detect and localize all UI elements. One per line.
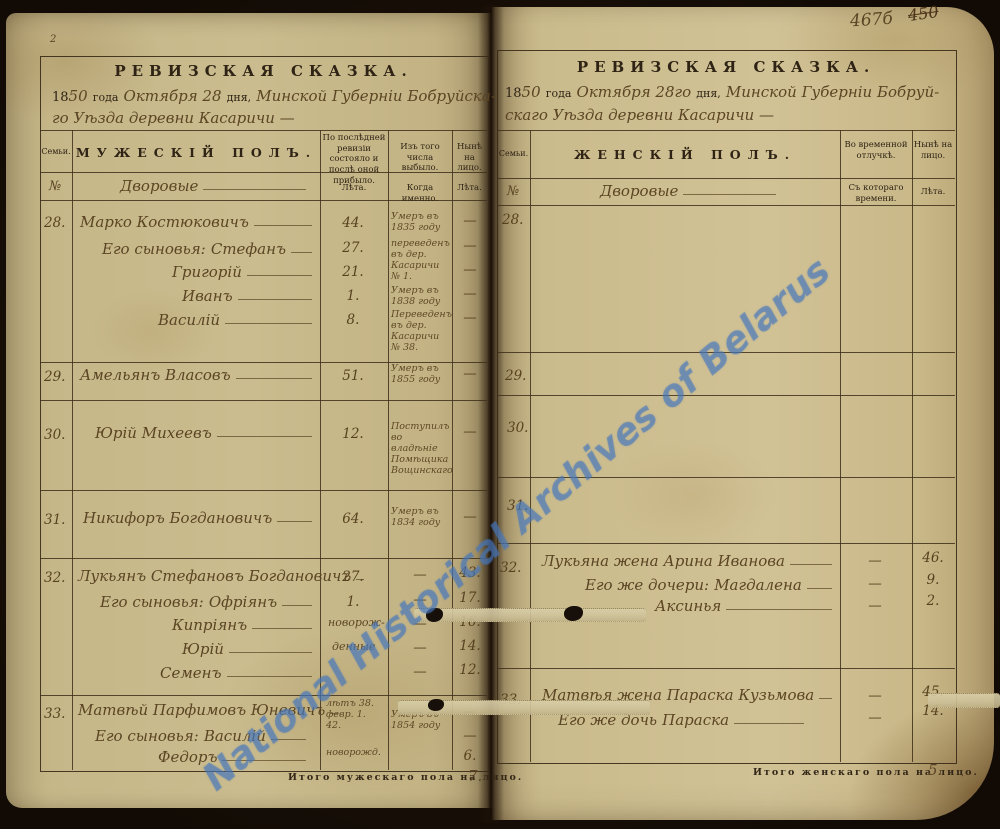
person-name: Юрій (182, 640, 224, 658)
table-line (497, 668, 955, 669)
right-col-family: Семьи. (498, 149, 529, 158)
leave-dash: — (392, 664, 448, 680)
person-name: Лукьянъ Стефановъ Богдановичъ (78, 567, 351, 585)
now-age: 9. (916, 572, 950, 588)
leave-dash: — (392, 592, 448, 608)
now-age: — (455, 366, 485, 382)
rule (790, 564, 832, 565)
printed-goda: года (93, 91, 119, 104)
person-line: Амельянъ Власовъ (80, 366, 316, 384)
age-prev: 12. (322, 426, 384, 442)
now-age: 2. (916, 593, 950, 609)
age-prev: 1. (322, 594, 384, 610)
now-age: — (455, 310, 485, 326)
hand-province: Минской Губерніи Бобруйска- (256, 87, 496, 105)
rule (282, 605, 312, 606)
family-number: 32. (500, 560, 521, 576)
table-line (72, 130, 73, 770)
family-number: 31. (507, 498, 528, 514)
leave-dash: — (392, 640, 448, 656)
right-col4-header: Нынѣ на лицо. (913, 140, 953, 161)
rule (247, 275, 312, 276)
repair-tape (414, 608, 646, 622)
left-col3-header: По послѣдней ревизіи состояло и послѣ он… (322, 133, 386, 186)
folio-number: 467б (849, 9, 893, 32)
rule (225, 323, 312, 324)
rule (291, 252, 312, 253)
left-total-value: 7. (468, 767, 482, 785)
kin-prefix: Его сыновья: (95, 727, 199, 745)
leave-dash: — (845, 598, 905, 614)
flourish-line (203, 189, 306, 190)
departure-note: Умеръ въ 1834 году (391, 507, 449, 529)
now-age: — (455, 262, 485, 278)
age-prev: 27. (322, 240, 384, 256)
leave-dash: — (845, 553, 905, 569)
leave-dash: — (845, 710, 905, 726)
table-line (40, 490, 487, 491)
family-number: 29. (505, 368, 526, 384)
table-line (497, 130, 955, 131)
corner-mark: 2 (50, 34, 56, 45)
person-line: Лукьяна жена Арина Иванова (542, 552, 836, 570)
rule (238, 299, 312, 300)
left-date-line: 1850 года Октября 28 дня, Минской Губерн… (52, 86, 482, 105)
person-name: Кипріянъ (172, 616, 247, 634)
hand-date: Октября 28го (577, 83, 692, 101)
rule (271, 739, 306, 740)
printed-goda: года (546, 87, 572, 100)
person-line: Его сыновья: Стефанъ (102, 239, 316, 258)
hand-year: 50 (69, 87, 88, 105)
right-date-line: 1850 года Октября 28го дня, Минской Губе… (505, 82, 950, 101)
table-line (497, 543, 955, 544)
kin-prefix: Его же дочери: (585, 576, 709, 594)
archival-document-scan: РЕВИЗСКАЯ СКАЗКА. 1850 года Октября 28 д… (0, 0, 1000, 829)
person-name: Юрій Михеевъ (95, 424, 212, 442)
left-number-sign: № (49, 179, 61, 194)
person-line: Аксинья (655, 597, 836, 615)
age-prev: 27. (322, 569, 384, 585)
right-category-line: Дворовые (600, 182, 780, 200)
person-name: Лукьяна жена Арина Иванова (542, 552, 785, 570)
leave-dash: — (845, 688, 905, 704)
kin-prefix: Его сыновья: (100, 593, 204, 611)
now-age: 43. (455, 565, 485, 581)
rule (222, 760, 306, 761)
rule (252, 628, 312, 629)
right-col3-header: Во временной отлучкѣ. (843, 140, 909, 161)
now-age: — (455, 286, 485, 302)
person-name: Федоръ (158, 748, 217, 766)
table-line (497, 395, 955, 396)
right-place-line: скаго Уѣзда деревни Касаричи — (505, 106, 774, 124)
now-age: — (455, 728, 485, 744)
departure-note: Умеръ въ 1855 году (391, 364, 449, 386)
flourish-line (683, 194, 776, 195)
rule (227, 676, 312, 677)
age-prev: 21. (322, 264, 384, 280)
person-line: Василій (158, 311, 316, 329)
age-prev: 1. (322, 288, 384, 304)
family-number: 28. (44, 215, 65, 231)
rule (819, 698, 832, 699)
table-line (497, 178, 955, 179)
person-line: Матвѣй Парфимовъ Юневичъ (78, 701, 318, 719)
departure-note: переведенъ въ дер. Касаричи № 1. (391, 239, 449, 283)
right-since-header: Съ котораго времени. (843, 183, 909, 204)
person-name: Параска (662, 711, 729, 729)
person-line: Его сыновья: Василій (95, 726, 310, 745)
person-line: Лукьянъ Стефановъ Богдановичъ (78, 567, 316, 585)
left-col-family: Семьи. (41, 147, 71, 156)
family-number: 30. (44, 427, 65, 443)
age-prev: 64. (322, 511, 384, 527)
family-number: 33. (44, 706, 65, 722)
family-number: 28. (502, 212, 523, 228)
person-line: Кипріянъ (172, 616, 316, 634)
departure-note: Умеръ въ 1835 году (391, 212, 449, 234)
table-line (388, 130, 389, 770)
table-line (40, 400, 487, 401)
age-prev: 44. (322, 215, 384, 231)
hand-date: Октября 28 (124, 87, 222, 105)
repair-tape (928, 693, 1000, 708)
table-line (497, 205, 955, 206)
person-line: Никифоръ Богдановичъ (83, 509, 316, 527)
right-leta-header: Лѣта. (913, 187, 953, 198)
person-name: Василій (204, 727, 266, 745)
rule (726, 609, 832, 610)
person-name: Амельянъ Власовъ (80, 366, 231, 384)
person-line: Федоръ (158, 748, 310, 766)
now-age: 12. (455, 662, 485, 678)
left-col5-header: Нынѣ на лицо. (453, 142, 486, 174)
left-category-dvorovye: Дворовые (120, 177, 198, 195)
now-age: — (455, 424, 485, 440)
family-number: 32. (44, 570, 65, 586)
left-leta-header: Лѣта. (322, 183, 386, 194)
newborn-note: новорожд. (326, 748, 384, 759)
person-line: Григорій (172, 263, 316, 281)
departure-note: Умеръ въ 1838 году (391, 286, 449, 308)
departure-note: Переведенъ въ дер. Касаричи № 38. (391, 310, 449, 354)
rule (277, 521, 312, 522)
right-col-sex: ЖЕНСКІЙ ПОЛЪ. (535, 147, 835, 162)
person-line: Марко Костюковичъ (80, 213, 316, 231)
person-name: Григорій (172, 263, 242, 281)
person-line: Иванъ (182, 287, 316, 305)
rule (807, 588, 832, 589)
now-age: — (455, 238, 485, 254)
person-name: Иванъ (182, 287, 233, 305)
now-age: 6. (455, 748, 485, 764)
left-total-label: Итого мужескаго пола на лицо. (288, 772, 523, 783)
newborn-note: новорож- (328, 616, 385, 629)
table-line (40, 695, 487, 696)
age-prev: 8. (322, 312, 384, 328)
table-line (497, 477, 955, 478)
left-leta2-header: Лѣта. (453, 183, 486, 194)
newborn-note: денные (332, 640, 375, 653)
person-name: Стефанъ (211, 240, 286, 258)
now-age: — (455, 213, 485, 229)
printed-year-prefix: 18 (52, 90, 69, 105)
right-total-label: Итого женскаго пола на лицо. (753, 767, 979, 778)
table-line (40, 558, 487, 559)
rule (217, 436, 312, 437)
table-line (40, 130, 487, 131)
left-page-title: РЕВИЗСКАЯ СКАЗКА. (40, 62, 487, 80)
person-name: Магдалена (714, 576, 802, 594)
family-number: 31. (44, 512, 65, 528)
rule (254, 225, 312, 226)
person-line: Его же дочери: Магдалена (585, 575, 836, 594)
left-col4-header: Изъ того числа выбыло. (390, 142, 450, 174)
now-age: 46. (916, 550, 950, 566)
leave-dash: — (845, 576, 905, 592)
age-prev: 51. (322, 368, 384, 384)
right-category-dvorovye: Дворовые (600, 182, 678, 200)
person-name: Матвѣй Парфимовъ Юневичъ (78, 701, 325, 719)
kin-prefix: Его сыновья: (102, 240, 206, 258)
right-page-title: РЕВИЗСКАЯ СКАЗКА. (497, 58, 955, 76)
departure-note: Поступилъ во владѣніе Помѣщика Вощинскаг… (391, 422, 449, 477)
left-when-header: Когда именно. (390, 183, 450, 204)
hand-province: Минской Губерніи Бобруй- (726, 83, 939, 101)
left-category-line: Дворовые (120, 177, 310, 195)
now-age: — (455, 509, 485, 525)
person-name: Никифоръ Богдановичъ (83, 509, 272, 527)
rule (236, 378, 312, 379)
rule (229, 652, 312, 653)
printed-day: дня, (227, 91, 252, 104)
person-line: Юрій (182, 640, 316, 658)
rule (734, 723, 804, 724)
table-line (497, 352, 955, 353)
person-name: Марко Костюковичъ (80, 213, 249, 231)
right-total-value: 5. (928, 761, 942, 779)
family-number: 30. (507, 420, 528, 436)
right-number-sign: № (507, 184, 519, 199)
person-name: Офріянъ (209, 593, 277, 611)
person-name: Семенъ (160, 664, 222, 682)
person-name: Аксинья (655, 597, 721, 615)
printed-year-prefix: 18 (505, 86, 522, 101)
person-line: Семенъ (160, 664, 316, 682)
now-age: 17. (455, 590, 485, 606)
left-col-sex: МУЖЕСКІЙ ПОЛЪ. (75, 145, 318, 160)
left-place-line: го Уѣзда деревни Касаричи — (52, 109, 295, 127)
hand-year: 50 (522, 83, 541, 101)
leave-dash: — (392, 567, 448, 583)
table-line (452, 130, 453, 770)
printed-day: дня, (696, 87, 721, 100)
now-age: 14. (455, 638, 485, 654)
person-line: Его сыновья: Офріянъ (100, 592, 316, 611)
family-number: 29. (44, 369, 65, 385)
age-note: лѣтъ 38. февр. 1. 42. (326, 699, 382, 732)
person-line: Юрій Михеевъ (95, 424, 316, 442)
person-name: Василій (158, 311, 220, 329)
table-line (320, 130, 321, 770)
